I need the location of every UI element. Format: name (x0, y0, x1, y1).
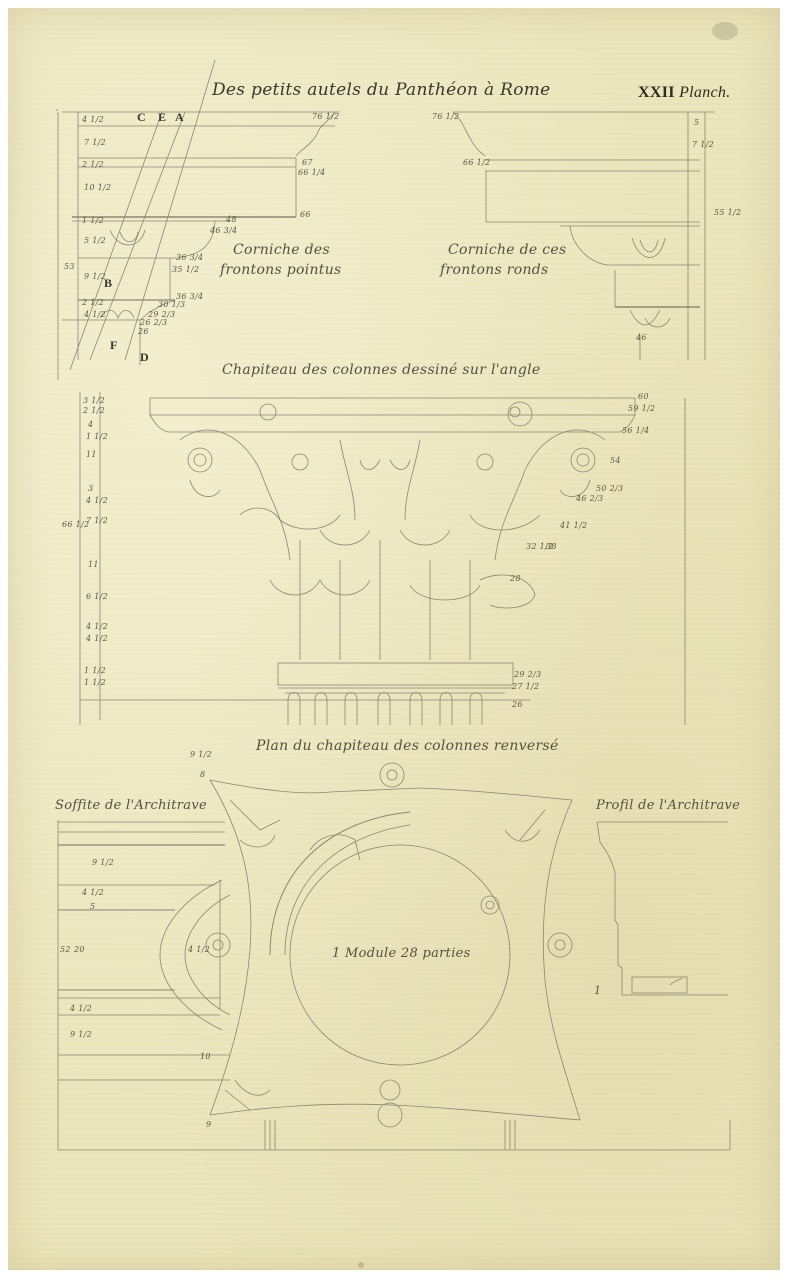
scale-label: 3 (88, 484, 93, 493)
letter-d: D (140, 350, 149, 365)
scale-label: 4 1/2 (86, 496, 108, 505)
dim-label: 60 (638, 392, 649, 401)
dim-label: 59 1/2 (628, 404, 655, 413)
scale-label: 7 1/2 (84, 138, 106, 147)
plate-number: XXII Planch. (638, 84, 731, 102)
dim-label: 54 (610, 456, 621, 465)
scale-label: 55 1/2 (714, 208, 741, 217)
architrave-profile-drawing (597, 822, 728, 995)
dim-label: 26 2/3 (140, 318, 167, 327)
paper-stain (358, 1262, 364, 1268)
scale-label: 2 1/2 (82, 298, 104, 307)
plate-roman-numeral: XXII (638, 84, 675, 101)
dim-label: 36 3/4 (176, 253, 203, 262)
scale-label: 9 1/2 (92, 858, 114, 867)
dim-label: 46 3/4 (210, 226, 237, 235)
scale-label: 52 (60, 945, 71, 954)
dim-label: 10 (200, 1052, 211, 1061)
profile-mark: 1 (594, 984, 601, 997)
cornice-pointed-caption-1: Corniche des (233, 242, 330, 258)
soffit-caption: Soffite de l'Architrave (55, 798, 207, 813)
dim-label: 76 1/2 (432, 112, 459, 121)
scale-label: 11 (88, 560, 99, 569)
scale-label: 4 1/2 (86, 634, 108, 643)
dim-label: 35 1/2 (172, 265, 199, 274)
cornice-round-drawing (453, 112, 715, 360)
dim-label: 66 1/2 (463, 158, 490, 167)
dim-label: 30 1/3 (158, 300, 185, 309)
scale-label: 4 1/2 (82, 888, 104, 897)
dim-label: 66 1/4 (298, 168, 325, 177)
scale-label: 5 1/2 (84, 236, 106, 245)
dim-label: 76 1/2 (312, 112, 339, 121)
scale-label: 10 1/2 (84, 183, 111, 192)
capital-drawing (80, 392, 685, 725)
architectural-drawing (0, 0, 787, 1280)
capital-caption: Chapiteau des colonnes dessiné sur l'ang… (222, 362, 540, 378)
module-label: 1 Module 28 parties (332, 946, 471, 961)
dim-label: 66 (300, 210, 311, 219)
scale-label: 5 (90, 902, 95, 911)
scale-label: 1 1/2 (82, 216, 104, 225)
scale-label: 1 1/2 (84, 666, 106, 675)
soffit-drawing (58, 820, 730, 1150)
scale-label: 9 1/2 (70, 1030, 92, 1039)
architrave-profile-caption: Profil de l'Architrave (596, 798, 740, 813)
dim-label: 48 (226, 215, 237, 224)
dim-label: 41 1/2 (560, 521, 587, 530)
dim-label: 67 (302, 158, 313, 167)
dim-label: 56 1/4 (622, 426, 649, 435)
plan-caption: Plan du chapiteau des colonnes renversé (256, 738, 559, 754)
dim-label: 4 1/2 (188, 945, 210, 954)
letter-a: A (175, 110, 184, 125)
dim-label: 26 (138, 327, 149, 336)
scale-label: 4 1/2 (86, 622, 108, 631)
cornice-round-caption-2: frontons ronds (440, 262, 549, 278)
letter-c: C (137, 110, 146, 125)
plate-word: Planch. (679, 84, 730, 101)
scale-label: 11 (86, 450, 97, 459)
scale-label: 2 1/2 (83, 406, 105, 415)
dim-label: 38 (546, 542, 557, 551)
dim-label: 8 (200, 770, 205, 779)
scale-label: 7 1/2 (692, 140, 714, 149)
scale-label: 1 1/2 (86, 432, 108, 441)
dim-label: 28 (510, 574, 521, 583)
scale-label: 66 1/2 (62, 520, 89, 529)
scale-label: 9 1/2 (84, 272, 106, 281)
scale-label: 53 (64, 262, 75, 271)
scale-label: 2 1/2 (82, 160, 104, 169)
dim-label: 26 (512, 700, 523, 709)
scale-label: 4 1/2 (82, 115, 104, 124)
scale-label: 20 (74, 945, 85, 954)
scale-label: 1 1/2 (84, 678, 106, 687)
cornice-round-caption-1: Corniche de ces (448, 242, 566, 258)
sheet-title: Des petits autels du Panthéon à Rome (212, 80, 551, 100)
scale-label: 5 (694, 118, 699, 127)
scale-label: 4 (88, 420, 93, 429)
dim-label: 9 1/2 (190, 750, 212, 759)
scale-label: 6 1/2 (86, 592, 108, 601)
dim-label: 9 (206, 1120, 211, 1129)
paper-stain (712, 22, 738, 40)
scale-label: 3 1/2 (83, 396, 105, 405)
dim-label: 29 2/3 (514, 670, 541, 679)
scale-label: 4 1/2 (70, 1004, 92, 1013)
dim-label: 46 2/3 (576, 494, 603, 503)
dim-label: 50 2/3 (596, 484, 623, 493)
dim-label: 46 (636, 333, 647, 342)
scale-label: 4 1/2 (84, 310, 106, 319)
letter-e: E (158, 110, 166, 125)
letter-f: F (110, 338, 117, 353)
dim-label: 27 1/2 (512, 682, 539, 691)
cornice-pointed-caption-2: frontons pointus (220, 262, 342, 278)
